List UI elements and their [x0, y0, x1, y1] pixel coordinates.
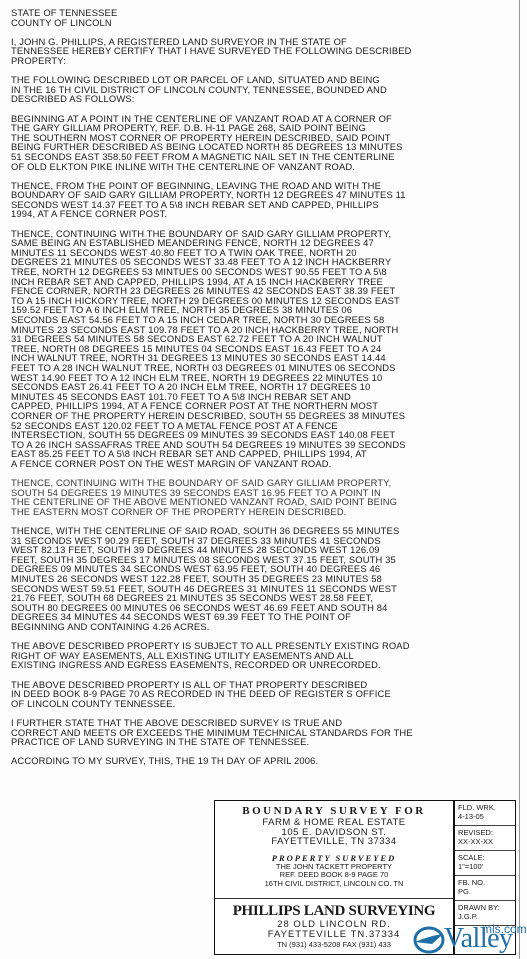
valleymls-watermark: Valleymls.com: [412, 918, 527, 959]
page-edge: [519, 0, 520, 959]
watermark-brand: Valleymls.com: [444, 925, 513, 953]
field-book-cell: FB. NO.PG.: [455, 876, 515, 901]
fence-boundary-paragraph: THENCE, CONTINUING WITH THE BOUNDARY OF …: [11, 229, 481, 469]
county-line: COUNTY OF LINCOLN: [11, 17, 112, 28]
brand-suffix: mls.com: [482, 915, 527, 943]
document-header: STATE OF TENNESSEE COUNTY OF LINCOLN: [11, 8, 481, 27]
first-call-paragraph: THENCE, FROM THE POINT OF BEGINNING, LEA…: [11, 181, 481, 219]
cell-value: 4-13-05: [458, 813, 515, 822]
survey-document: STATE OF TENNESSEE COUNTY OF LINCOLN I, …: [11, 8, 481, 776]
beginning-point-paragraph: BEGINNING AT A POINT IN THE CENTERLINE O…: [11, 114, 481, 172]
certification-paragraph: I, JOHN G. PHILLIPS, A REGISTERED LAND S…: [11, 37, 481, 66]
property-district: 16TH CIVIL DISTRICT, LINCOLN CO. TN: [215, 880, 453, 889]
survey-date-paragraph: ACCORDING TO MY SURVEY, THIS, THE 19 TH …: [11, 756, 481, 766]
cell-value: 1"=100': [458, 863, 515, 872]
client-city: FAYETTEVILLE, TN 37334: [215, 837, 453, 847]
cell-value: PG.: [458, 888, 515, 897]
deed-reference-paragraph: THE ABOVE DESCRIBED PROPERTY IS ALL OF T…: [11, 680, 481, 709]
cell-value: XX-XX-XX: [458, 838, 515, 847]
parcel-intro-paragraph: THE FOLLOWING DESCRIBED LOT OR PARCEL OF…: [11, 75, 481, 104]
standards-statement-paragraph: I FURTHER STATE THAT THE ABOVE DESCRIBED…: [11, 718, 481, 747]
easements-paragraph: THE ABOVE DESCRIBED PROPERTY IS SUBJECT …: [11, 641, 481, 670]
field-work-cell: FLD. WRK.4-13-05: [455, 801, 515, 826]
eastern-corner-paragraph: THENCE, CONTINUING WITH THE BOUNDARY OF …: [11, 478, 481, 516]
valley-swoosh-icon: [412, 922, 446, 956]
revised-cell: REVISED:XX-XX-XX: [455, 826, 515, 851]
property-surveyed-heading: PROPERTY SURVEYED: [215, 853, 453, 863]
road-centerline-paragraph: THENCE, WITH THE CENTERLINE OF SAID ROAD…: [11, 526, 481, 632]
scale-cell: SCALE:1"=100': [455, 851, 515, 876]
title-block-client-section: BOUNDARY SURVEY FOR FARM & HOME REAL EST…: [215, 801, 453, 899]
